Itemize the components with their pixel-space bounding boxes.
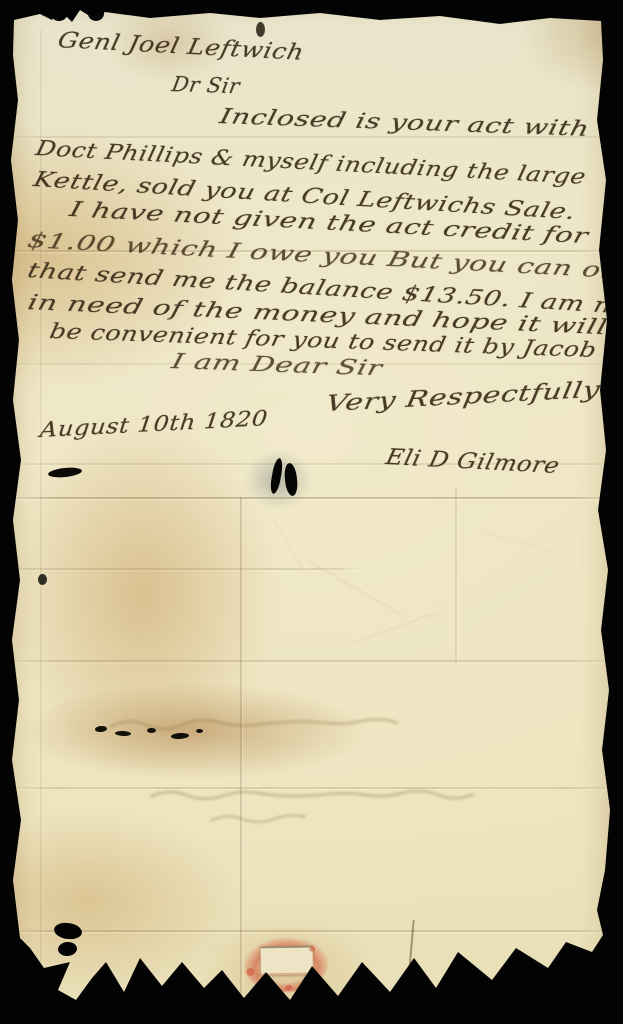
ink-speck [147, 728, 156, 733]
wax-seal-mark [243, 936, 330, 994]
closing-line: Very Respectfully [324, 380, 602, 417]
fold-crease [0, 568, 361, 570]
fold-crease [0, 930, 623, 932]
ink-blot [48, 466, 83, 479]
fold-crease [0, 497, 623, 499]
paper-tear [473, 974, 484, 1003]
paper-wrinkle [352, 610, 438, 644]
ink-speck [196, 729, 203, 733]
signature-line: Eli D Gilmore [384, 447, 562, 478]
wax-seal-speckle [257, 981, 263, 987]
ink-blot [256, 22, 265, 37]
letter-paper: Genl Joel Leftwich Dr Sir Inclosed is yo… [0, 0, 623, 1024]
paper-hole [53, 921, 83, 941]
recipient-line: Genl Joel Leftwich [56, 30, 306, 65]
body-line: Inclosed is your act with [218, 106, 592, 140]
paper-hole [57, 941, 77, 957]
bleedthrough-writing [90, 695, 530, 835]
edge-notch [50, 4, 68, 21]
wax-seal-paper-flap [261, 946, 313, 976]
ink-speck [38, 574, 47, 585]
paper-wrinkle [481, 530, 559, 553]
body-line: I am Dear Sir [170, 351, 385, 379]
edge-notch [88, 6, 104, 21]
scanner-background: Genl Joel Leftwich Dr Sir Inclosed is yo… [0, 0, 623, 1024]
fold-crease [455, 488, 457, 663]
paper-wrinkle [307, 558, 404, 616]
salutation-line: Dr Sir [170, 74, 241, 97]
fold-crease [0, 660, 623, 662]
date-line: August 10th 1820 [39, 408, 269, 441]
